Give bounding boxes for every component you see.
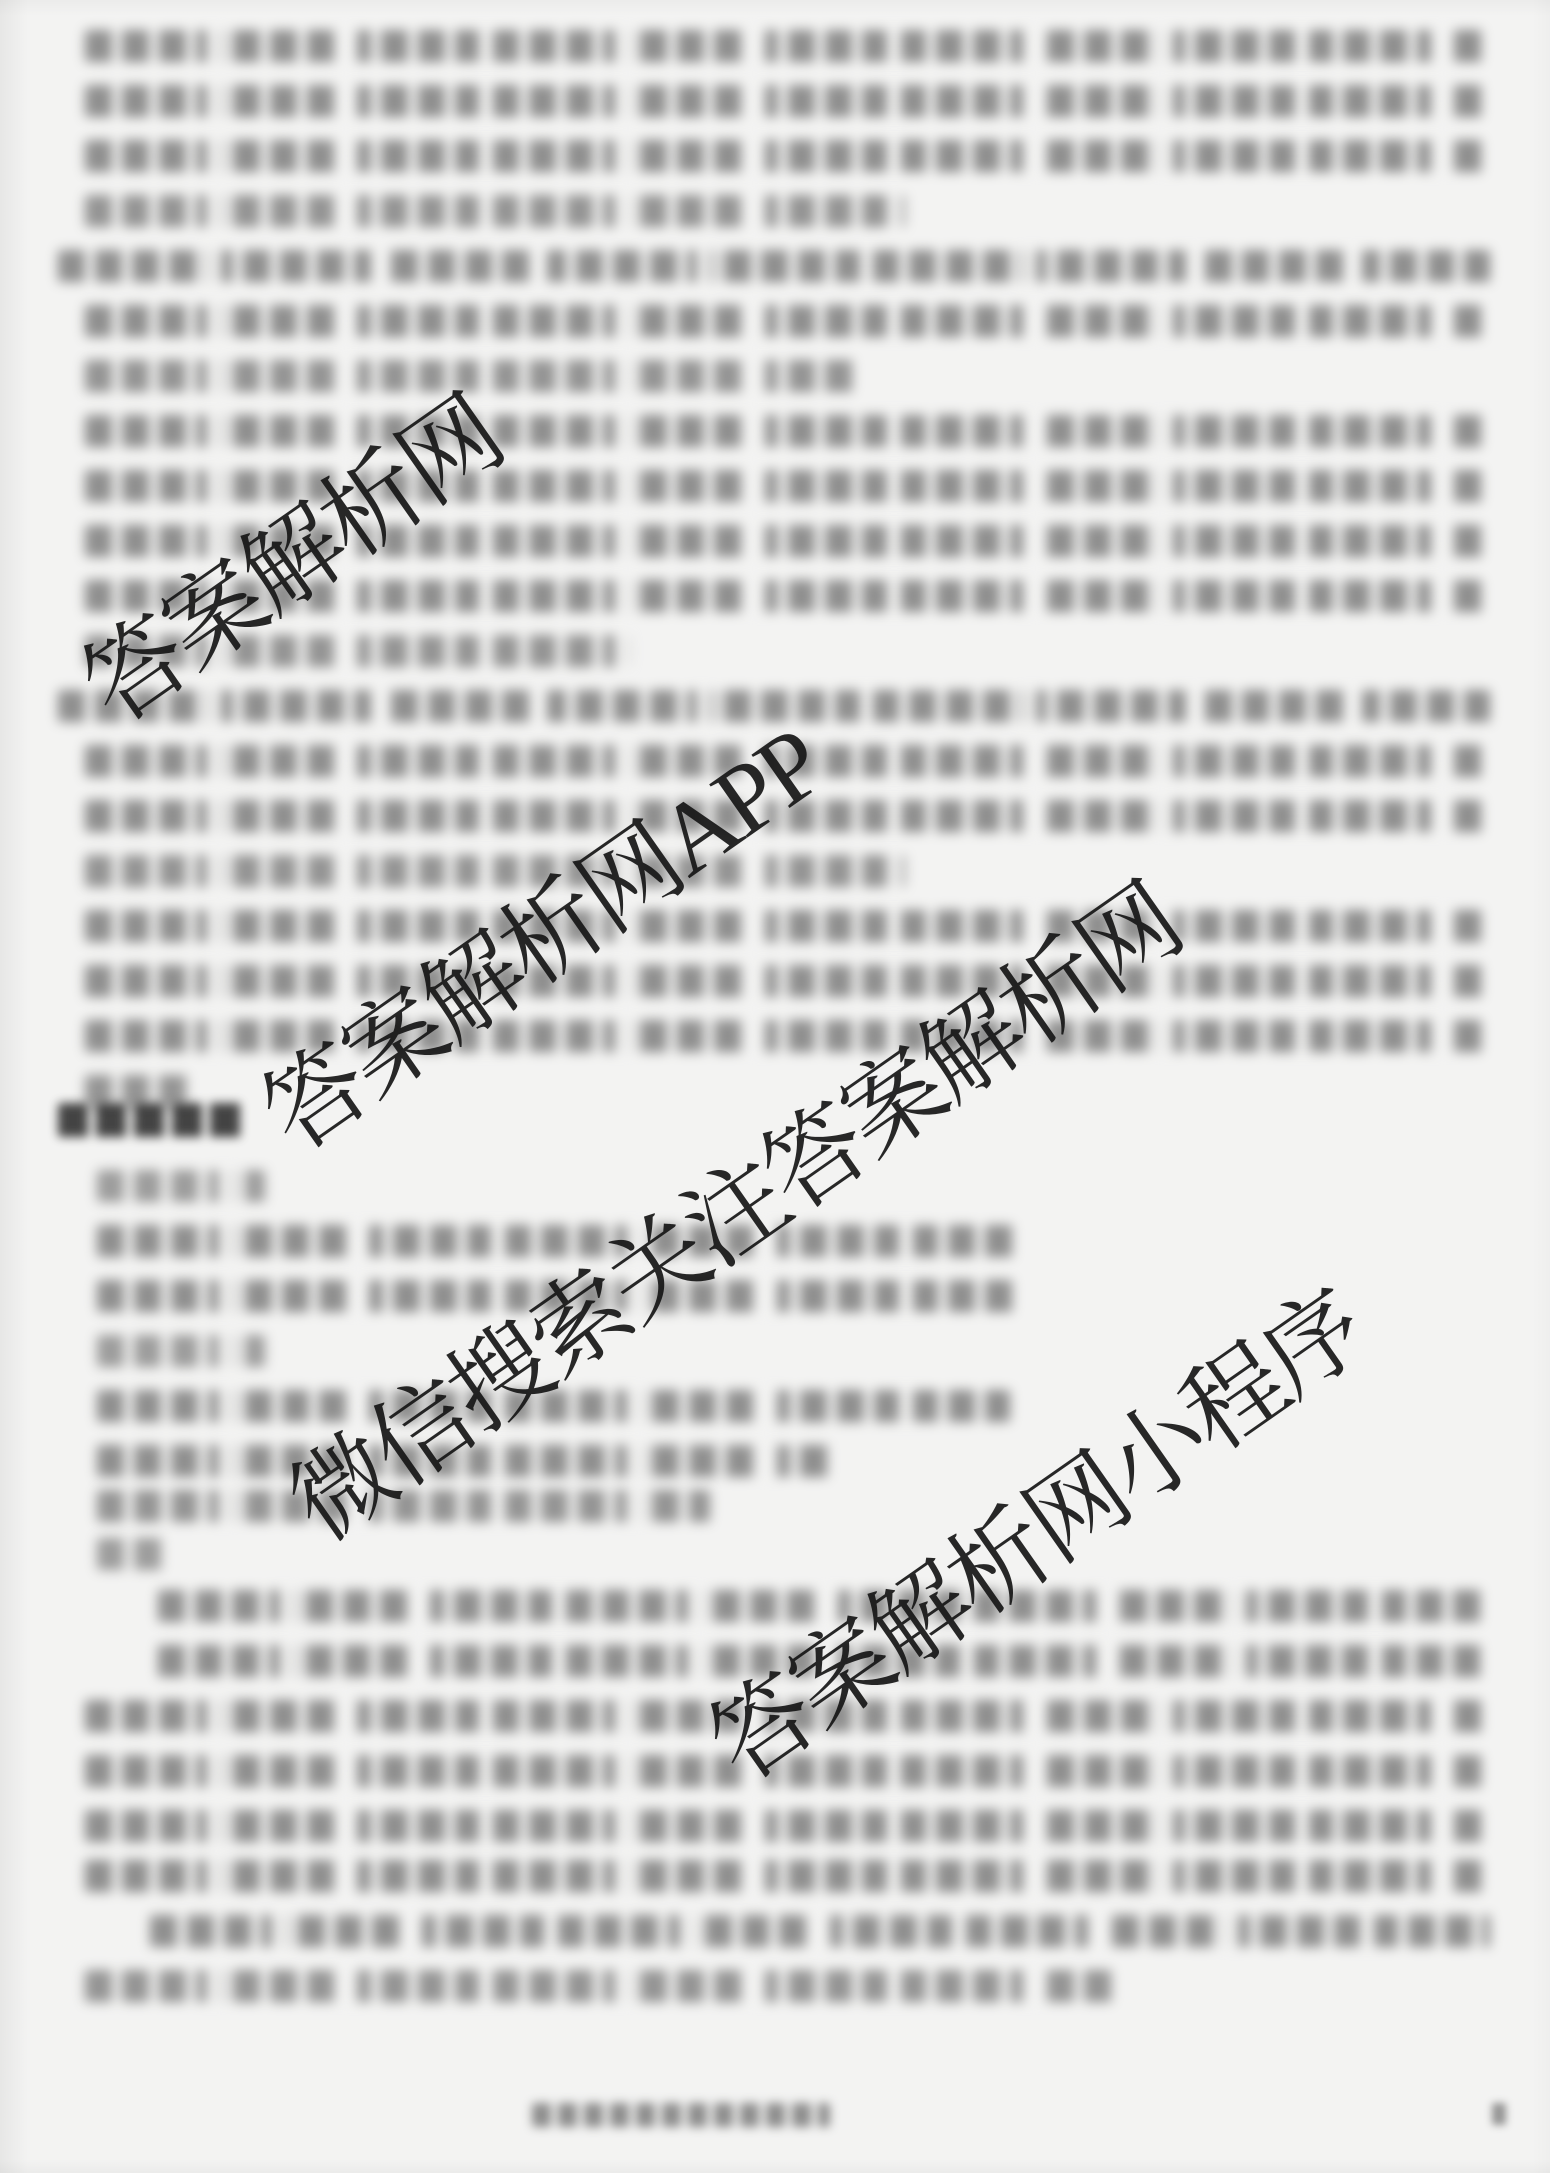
blurred-line-heading bbox=[58, 1103, 242, 1137]
blurred-line-text bbox=[97, 1280, 1015, 1312]
blurred-line-text bbox=[97, 1225, 1015, 1257]
blurred-line-text bbox=[150, 1915, 1490, 1947]
blurred-line-sub bbox=[97, 1170, 265, 1202]
blurred-line-text bbox=[85, 30, 1490, 62]
blurred-line-text bbox=[97, 1445, 830, 1477]
blurred-line-text bbox=[85, 415, 1490, 447]
blurred-line-text bbox=[85, 745, 1490, 777]
blurred-line-text bbox=[85, 140, 1490, 172]
blurred-line-text bbox=[85, 1860, 1490, 1892]
blurred-line-text bbox=[85, 1020, 1490, 1052]
blurred-line-text bbox=[85, 85, 1490, 117]
blurred-line-text bbox=[85, 470, 1490, 502]
blurred-line-text bbox=[97, 1390, 1010, 1422]
blurred-line-text bbox=[85, 800, 1490, 832]
blurred-line-sub bbox=[97, 1538, 170, 1570]
blurred-line-text bbox=[85, 1810, 1490, 1842]
blurred-line-text bbox=[85, 1755, 1490, 1787]
document-page: 答案解析网 答案解析网APP 微信搜索关注答案解析网 答案解析网小程序 bbox=[0, 0, 1550, 2173]
blurred-line-text bbox=[85, 525, 1490, 557]
blurred-line-text bbox=[158, 1590, 1490, 1622]
blurred-line-item bbox=[58, 690, 1490, 722]
blurred-line-item bbox=[58, 250, 1490, 282]
blurred-line-text bbox=[85, 965, 1490, 997]
blurred-line-end bbox=[85, 360, 860, 392]
blurred-line-text bbox=[85, 580, 1490, 612]
blurred-line-text bbox=[158, 1645, 1490, 1677]
blurred-line-text bbox=[85, 305, 1490, 337]
blurred-line-text bbox=[85, 1700, 1490, 1732]
blurred-line-end bbox=[85, 195, 905, 227]
blurred-line-footer bbox=[532, 2103, 830, 2127]
blurred-line-end bbox=[85, 855, 905, 887]
blurred-line-text bbox=[85, 910, 1490, 942]
blurred-line-sub bbox=[97, 1335, 265, 1367]
blurred-line-end bbox=[85, 1970, 1120, 2002]
blurred-line-end bbox=[85, 635, 630, 667]
blurred-line-pagemark bbox=[1492, 2103, 1506, 2125]
blurred-line-end bbox=[97, 1490, 710, 1522]
